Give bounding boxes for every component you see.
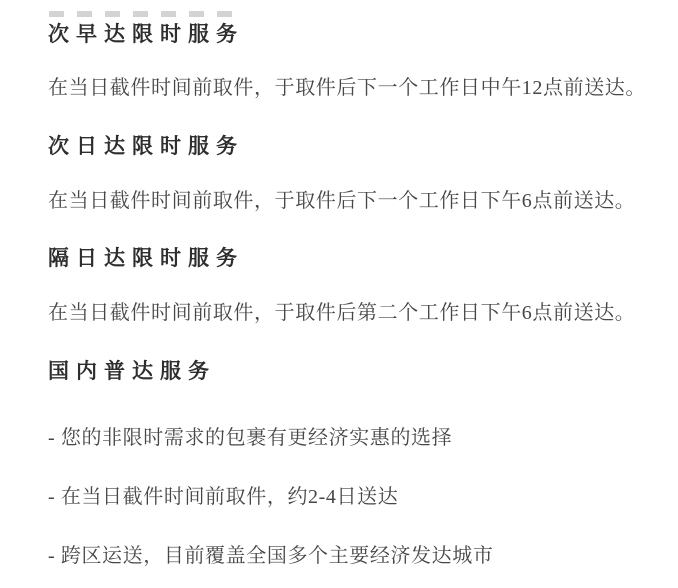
section-description-next-day-express: 在当日截件时间前取件，于取件后下一个工作日下午6点前送达。 — [48, 188, 664, 214]
section-heading-domestic-standard: 国内普达服务 — [48, 358, 664, 384]
document-page: 次早达限时服务 在当日截件时间前取件，于取件后下一个工作日中午12点前送达。 次… — [0, 0, 678, 588]
document-content: 次早达限时服务 在当日截件时间前取件，于取件后下一个工作日中午12点前送达。 次… — [48, 0, 664, 569]
bullet-item-coverage: - 跨区运送，目前覆盖全国多个主要经济发达城市 — [48, 543, 664, 569]
section-heading-next-day-express: 次日达限时服务 — [48, 133, 664, 159]
section-heading-next-morning-express: 次早达限时服务 — [48, 21, 664, 47]
bullet-item-delivery-time: - 在当日截件时间前取件，约2-4日送达 — [48, 484, 664, 510]
section-description-next-morning-express: 在当日截件时间前取件，于取件后下一个工作日中午12点前送达。 — [48, 75, 664, 101]
bullet-item-economical-choice: - 您的非限时需求的包裹有更经济实惠的选择 — [48, 425, 664, 451]
section-description-second-day-express: 在当日截件时间前取件，于取件后第二个工作日下午6点前送达。 — [48, 300, 664, 326]
section-heading-second-day-express: 隔日达限时服务 — [48, 245, 664, 271]
